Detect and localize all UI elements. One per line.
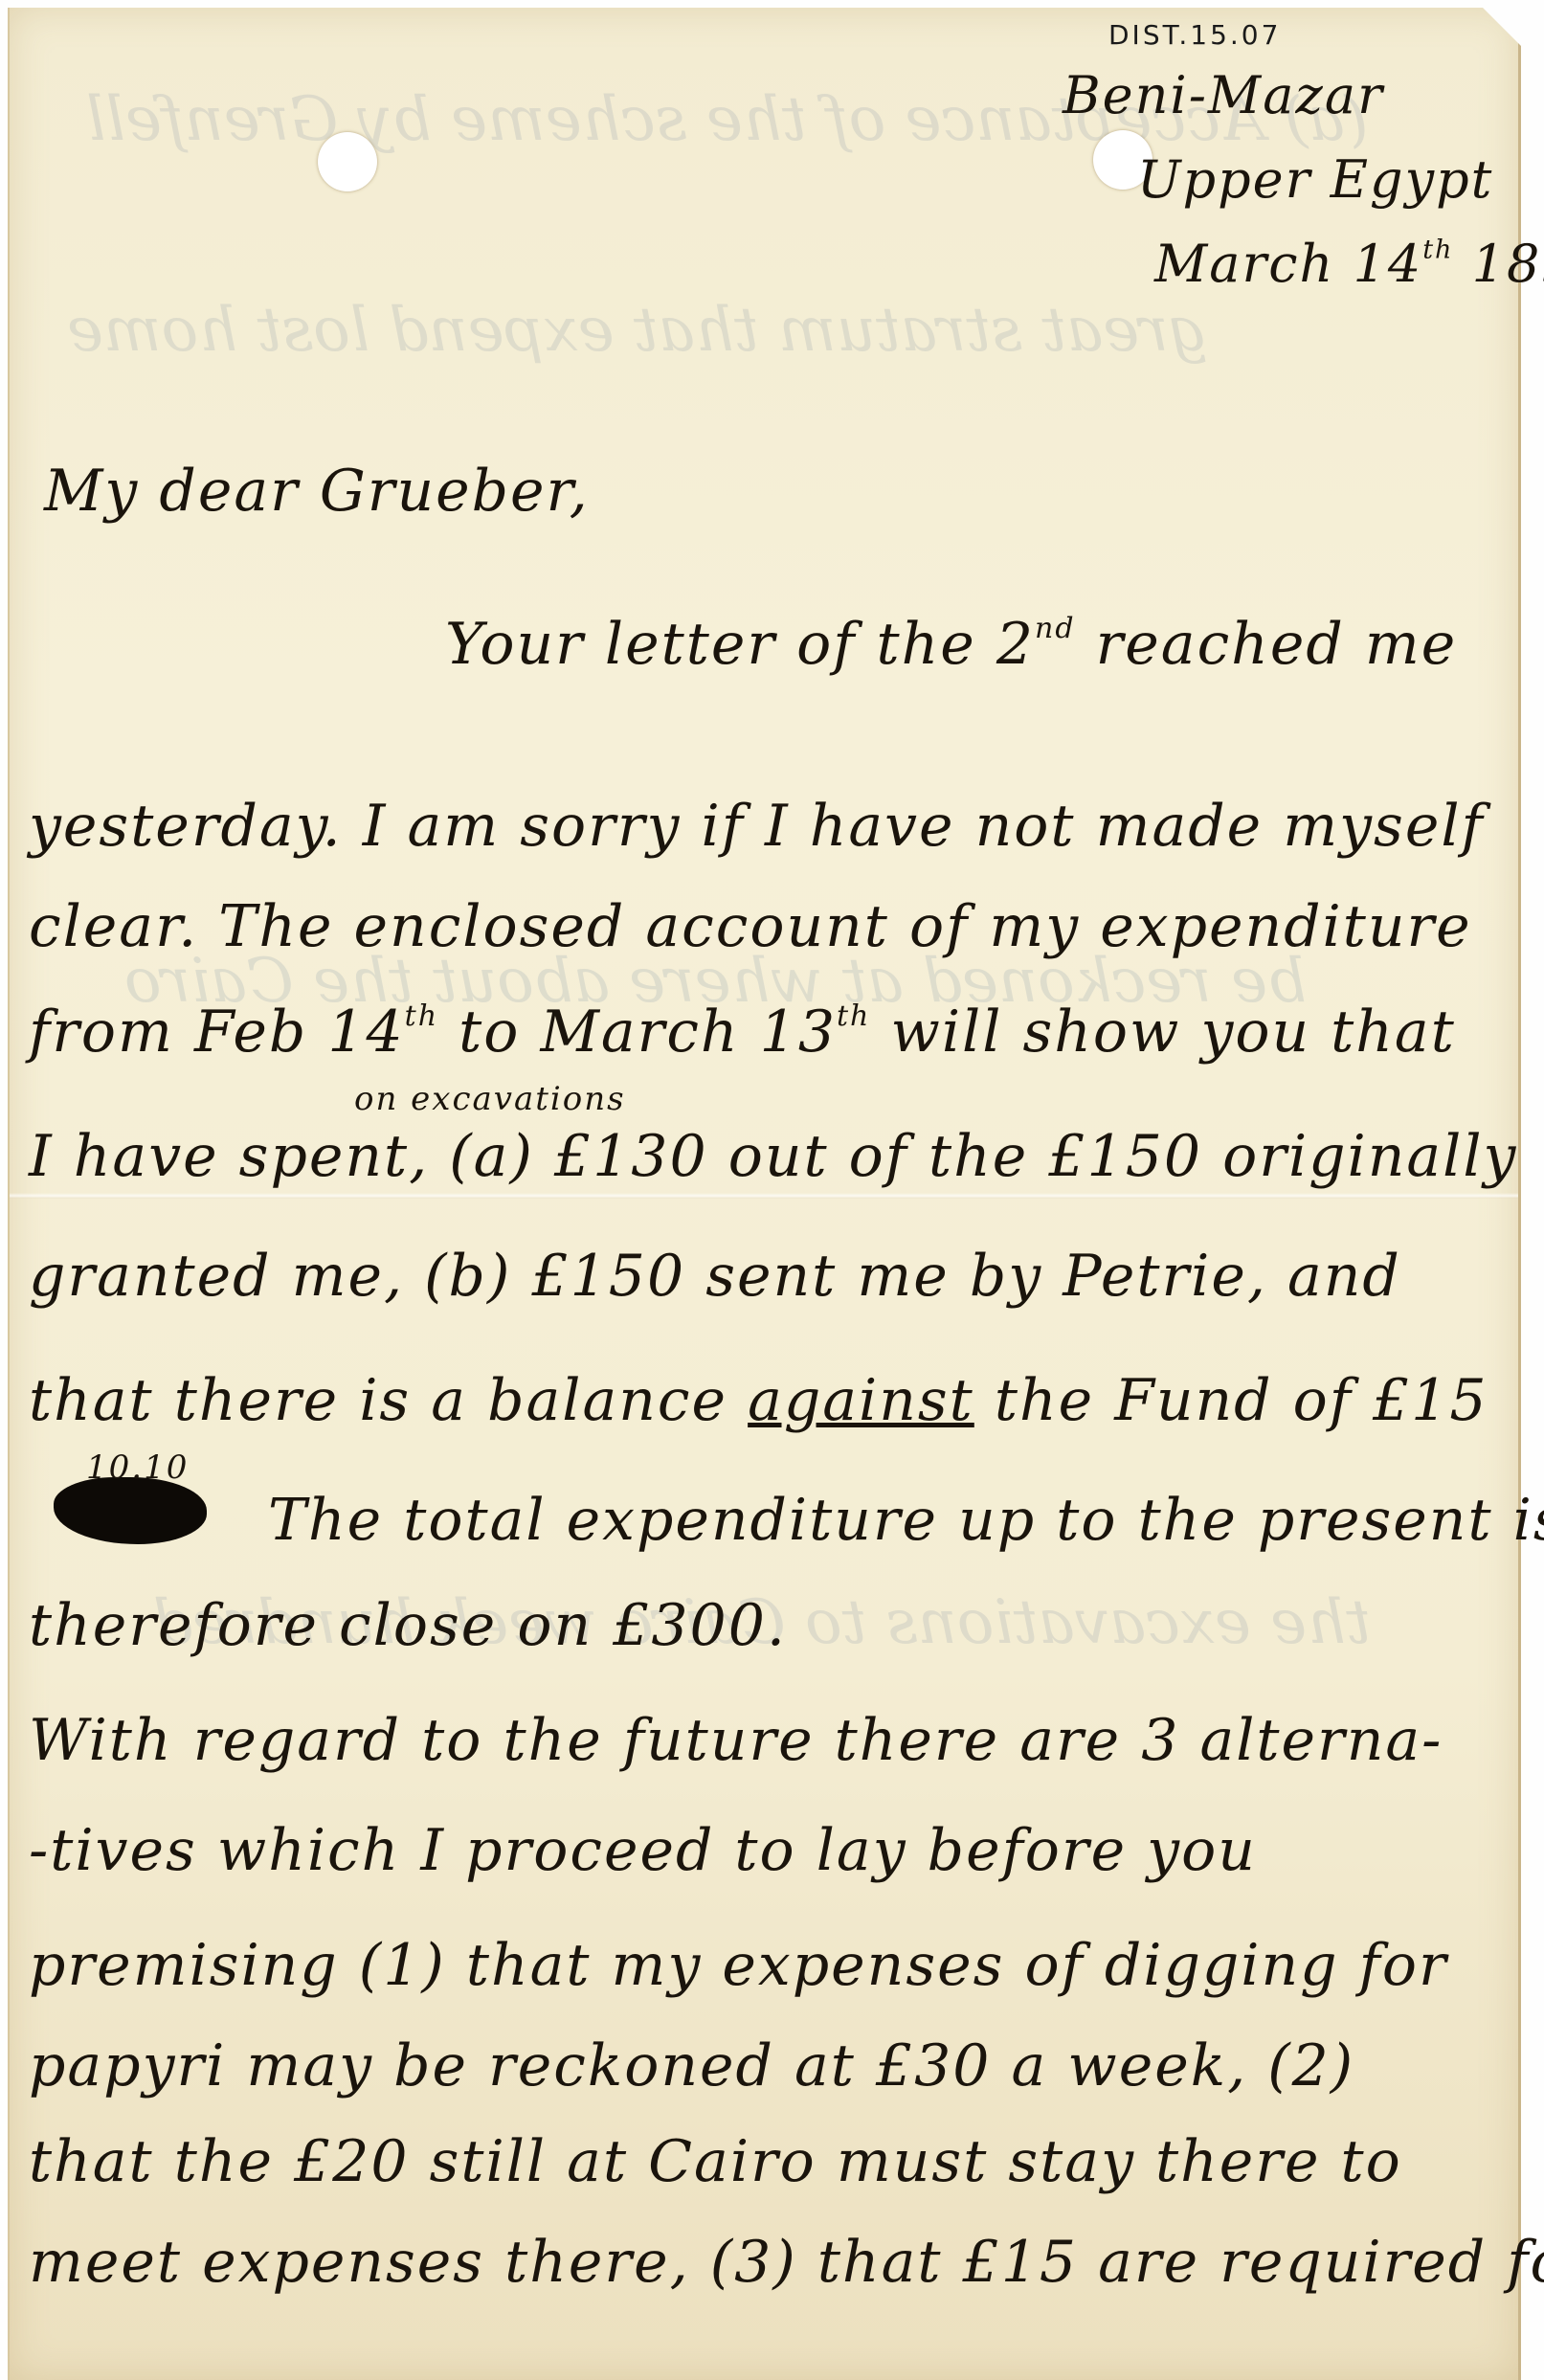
letter-line-7: that there is a balance against the Fund… [29,1367,1488,1434]
line-text: from Feb 14 [29,999,405,1066]
ordinal: th [405,999,438,1033]
letter-line-4: from Feb 14th to March 13th will show yo… [29,999,1456,1066]
emphasized-word: against [748,1367,974,1434]
bleed-through-text: great stratum that expend lost home [67,295,1208,366]
ordinal: nd [1035,612,1076,645]
line-text: that there is a balance [29,1367,748,1434]
letter-line-10: With regard to the future there are 3 al… [29,1707,1443,1774]
line-text: reached me [1076,611,1458,678]
letter-line-12: premising (1) that my expenses of diggin… [29,1932,1448,1999]
salutation: My dear Grueber, [44,458,590,525]
line-text: the Fund of £15 [974,1367,1488,1434]
place-line-2: Upper Egypt [1137,149,1493,210]
ordinal: th [837,999,870,1033]
letter-line-9: therefore close on £300. [29,1592,787,1659]
archive-reference: DIST.15.07 [1108,19,1281,51]
letter-line-11: -tives which I proceed to lay before you [29,1817,1257,1884]
letter-line-13: papyri may be reckoned at £30 a week, (2… [29,2032,1354,2099]
letter-line-5: I have spent, (a) £130 out of the £150 o… [29,1123,1517,1190]
place-line-1: Beni-Mazar [1063,65,1384,125]
margin-insert: 10.10 [86,1448,189,1487]
date-month-day: March 14 [1154,234,1422,294]
letter-line-14: that the £20 still at Cairo must stay th… [29,2128,1402,2195]
letter-line-8: The total expenditure up to the present … [268,1487,1544,1554]
interlinear-insert: on excavations [354,1080,626,1118]
letter-page: (a) Acceptance of the scheme by Grenfell… [8,8,1521,2380]
date-ordinal: th [1422,236,1453,265]
line-text: to March 13 [438,999,837,1066]
binder-hole-left [318,132,377,191]
paper-fold-crease [10,1193,1518,1199]
letter-line-1: Your letter of the 2nd reached me [445,611,1457,678]
ink-blot-crossout [54,1477,207,1544]
letter-line-3: clear. The enclosed account of my expend… [29,893,1472,960]
line-text: will show you that [870,999,1455,1066]
letter-line-2: yesterday. I am sorry if I have not made… [29,793,1485,860]
date-line: March 14th 1897 [1154,234,1544,294]
letter-line-6: granted me, (b) £150 sent me by Petrie, … [29,1243,1401,1310]
line-text: Your letter of the 2 [445,611,1035,678]
letter-line-15: meet expenses there, (3) that £15 are re… [29,2229,1544,2296]
date-year: 1897 [1472,234,1544,294]
